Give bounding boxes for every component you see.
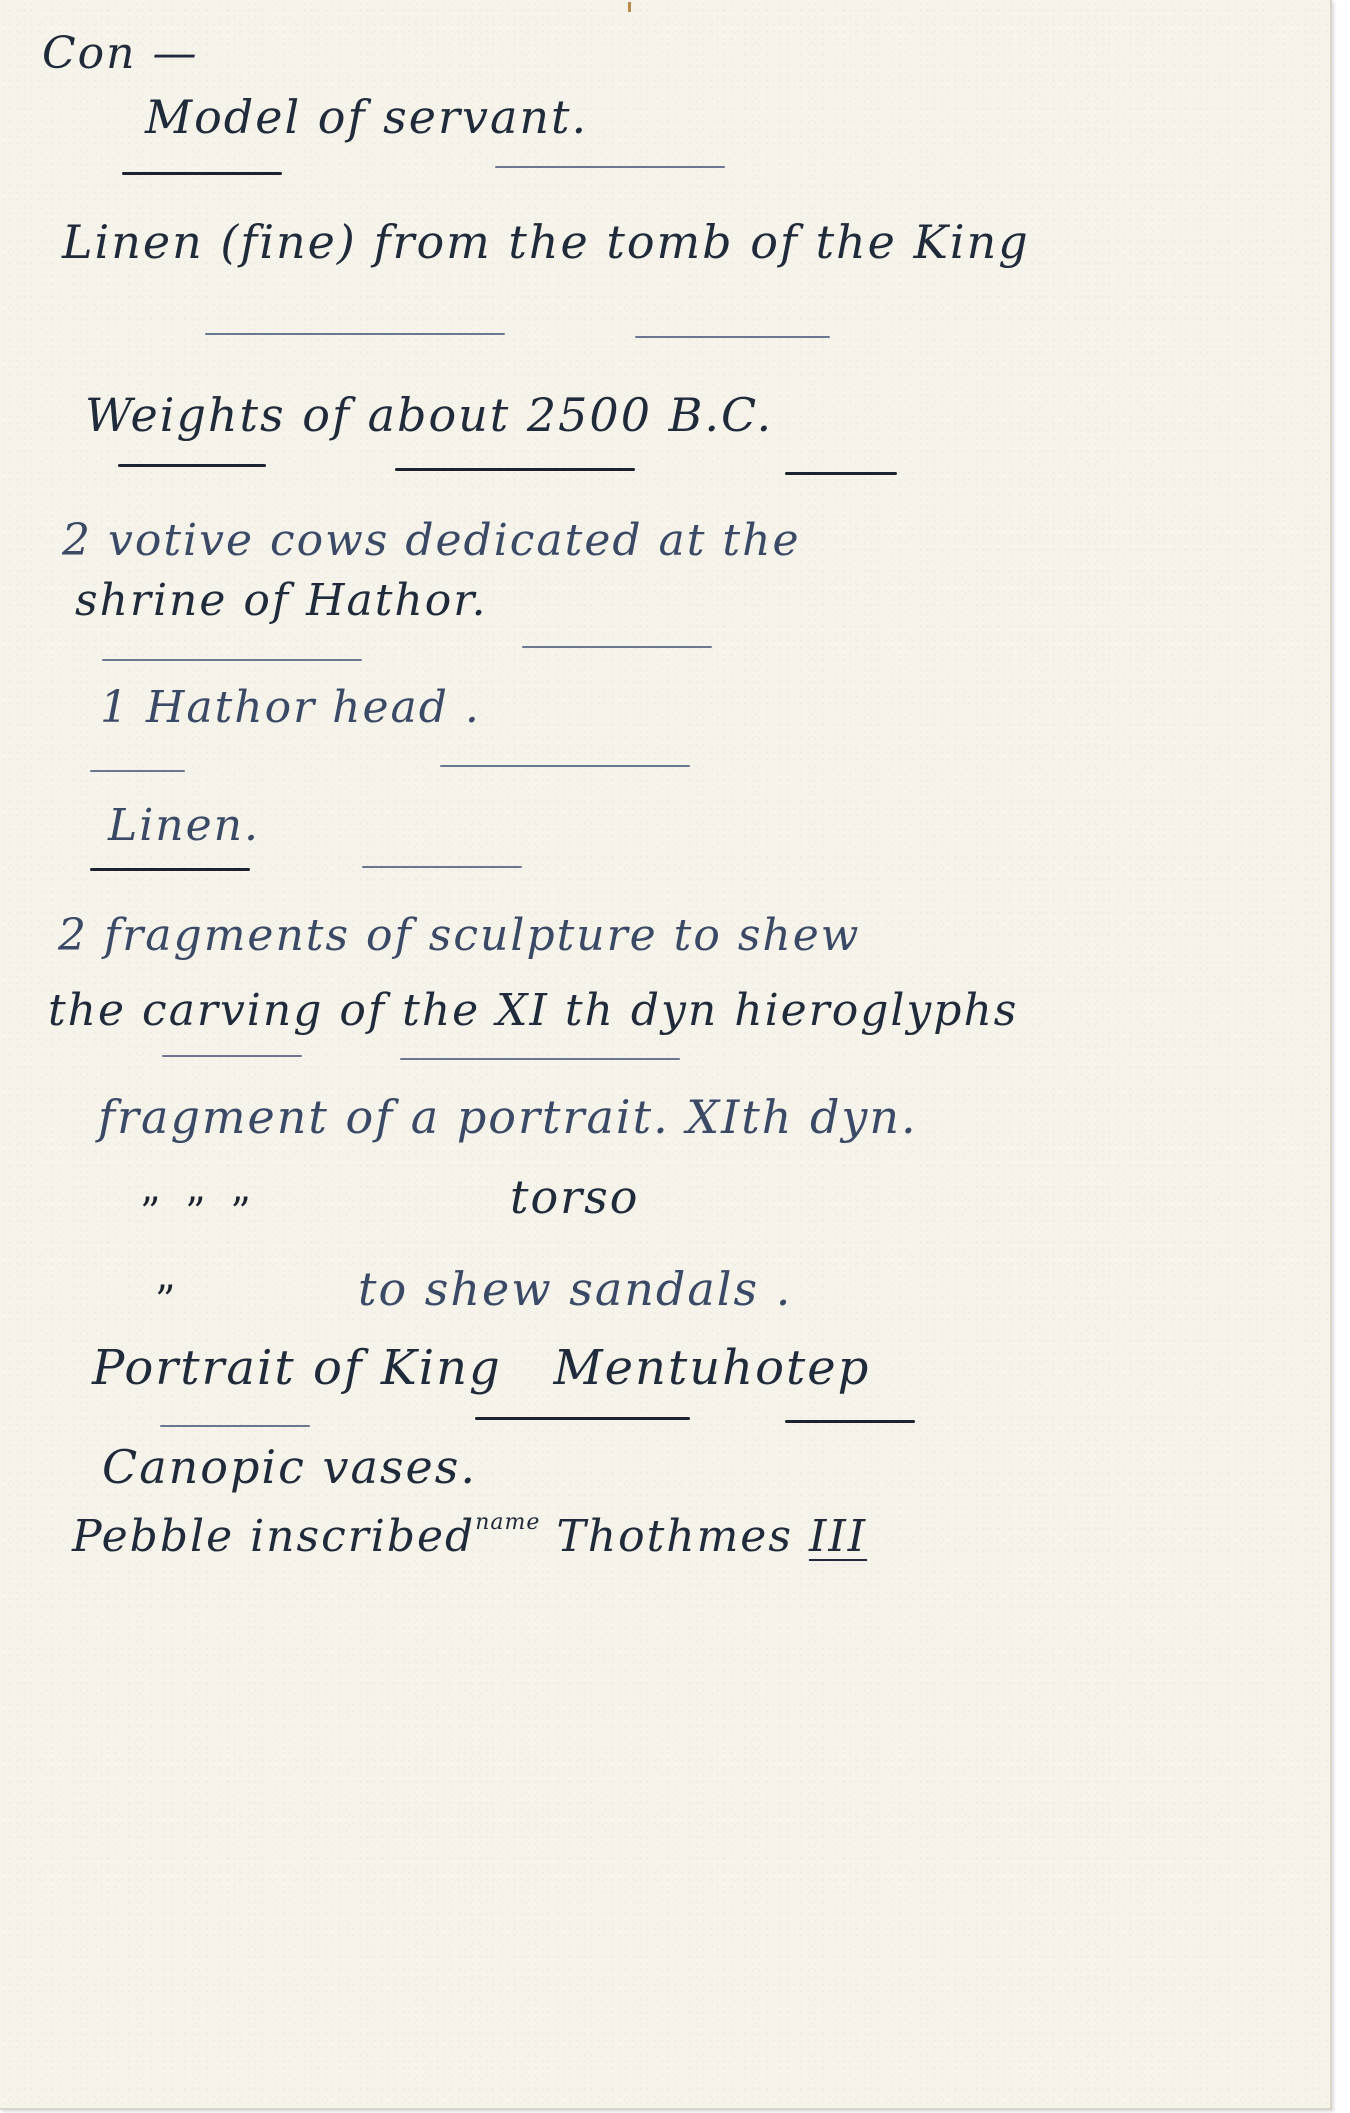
- separator-rule: [495, 166, 725, 168]
- item-votive-cows-line-1: 2 votive cows dedicated at the: [62, 515, 800, 566]
- separator-rule: [522, 646, 712, 648]
- separator-rule: [400, 1058, 680, 1060]
- paper-sheet: Con — Model of servant. Linen (fine) fro…: [0, 0, 1332, 2110]
- item-weights: Weights of about 2500 B.C.: [85, 388, 773, 442]
- item-sculpture-fragments-line-1: 2 fragments of sculpture to shew: [58, 910, 860, 961]
- separator-rule: [785, 472, 897, 475]
- king-name: Mentuhotep: [554, 1340, 871, 1396]
- separator-rule: [90, 770, 185, 772]
- item-sandals: to shew sandals .: [358, 1262, 792, 1316]
- separator-rule: [122, 172, 282, 175]
- item-linen-fine: Linen (fine) from the tomb of the King: [62, 215, 1030, 269]
- separator-rule: [475, 1417, 690, 1420]
- separator-rule: [160, 1425, 310, 1427]
- item-votive-cows-line-2: shrine of Hathor.: [75, 575, 487, 626]
- separator-rule: [205, 333, 505, 335]
- separator-rule: [362, 866, 522, 868]
- separator-rule: [90, 868, 250, 871]
- item-hathor-head: 1 Hathor head .: [100, 682, 481, 733]
- name-annotation: name: [475, 1510, 540, 1535]
- separator-rule: [395, 468, 635, 471]
- separator-rule: [785, 1420, 915, 1423]
- item-torso: torso: [510, 1170, 639, 1224]
- pharaoh-name: Thothmes: [556, 1511, 793, 1562]
- separator-rule: [440, 765, 690, 767]
- separator-rule: [162, 1055, 302, 1057]
- item-sculpture-fragments-line-2: the carving of the XI th dyn hieroglyphs: [48, 985, 1018, 1036]
- item-linen: Linen.: [108, 800, 260, 851]
- separator-rule: [635, 336, 830, 338]
- pebble-label: Pebble inscribed: [72, 1511, 475, 1562]
- separator-rule: [118, 464, 266, 467]
- portrait-king-label: Portrait of King: [92, 1340, 502, 1396]
- ditto-marks: ”: [155, 1278, 181, 1324]
- separator-rule: [102, 659, 362, 661]
- regnal-numeral: III: [809, 1511, 867, 1562]
- heading-text: Con —: [42, 28, 198, 79]
- item-model-of-servant: Model of servant.: [145, 90, 588, 144]
- item-canopic-vases: Canopic vases.: [102, 1440, 477, 1494]
- item-portrait-king: Portrait of King Mentuhotep: [92, 1340, 870, 1396]
- item-portrait-fragment: fragment of a portrait. XIth dyn.: [98, 1090, 918, 1144]
- ditto-marks: ” ” ”: [140, 1190, 257, 1236]
- item-pebble: Pebble inscribedname Thothmes III: [72, 1510, 867, 1562]
- ink-speck: [628, 2, 631, 12]
